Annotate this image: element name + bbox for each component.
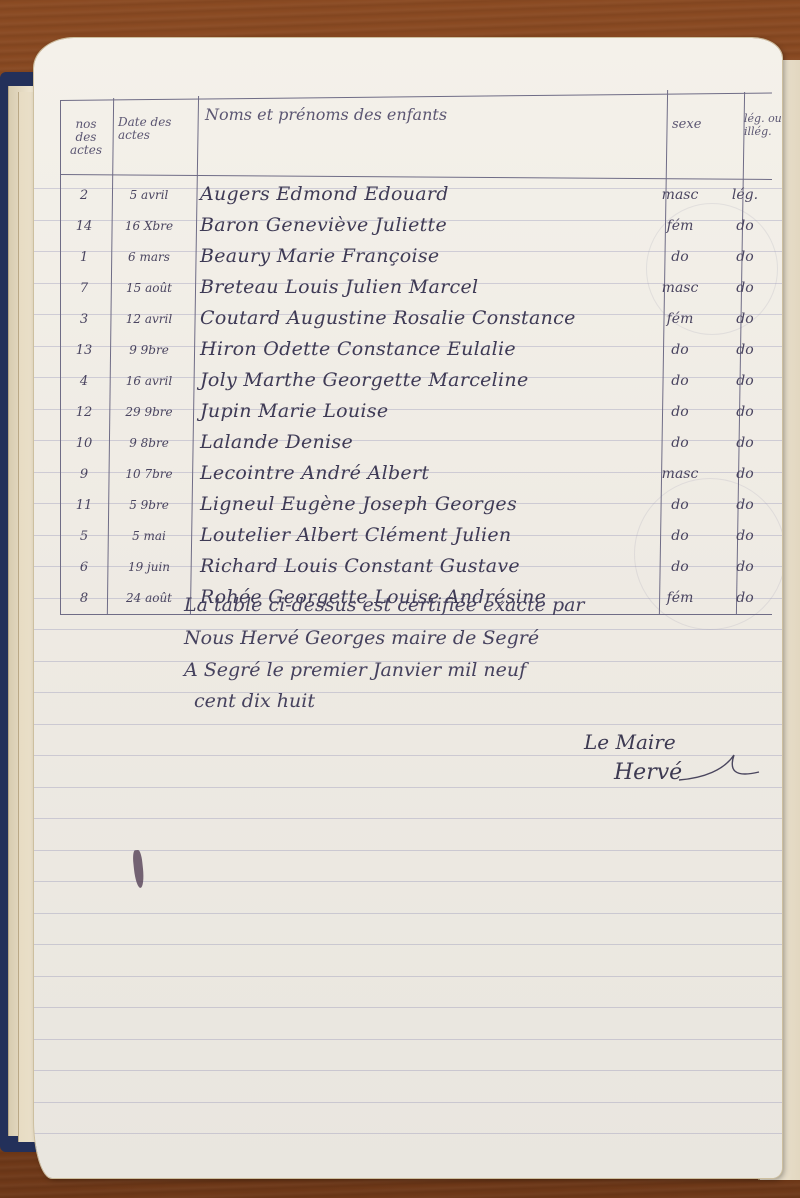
header-num: nos des actes xyxy=(66,118,106,157)
record-number: 7 xyxy=(64,281,104,296)
table-row: 715 aoûtBreteau Louis Julien Marcelmascd… xyxy=(60,275,772,306)
table-row: 139 9breHiron Odette Constance Eulaliedo… xyxy=(60,337,772,368)
child-sex: do xyxy=(645,342,715,358)
record-date: 16 Xbre xyxy=(110,219,188,233)
record-number: 14 xyxy=(64,219,104,234)
record-number: 9 xyxy=(64,467,104,482)
ruled-line xyxy=(34,1007,782,1008)
child-sex: masc xyxy=(645,466,715,482)
signature-title: Le Maire xyxy=(584,730,676,754)
certification-line-3: A Segré le premier Janvier mil neuf xyxy=(184,659,526,681)
legitimacy: do xyxy=(720,404,770,420)
record-date: 5 9bre xyxy=(110,498,188,512)
table-row: 25 avrilAugers Edmond Edouardmasclég. xyxy=(60,182,772,213)
certification-line-2: Nous Hervé Georges maire de Segré xyxy=(184,627,539,649)
record-number: 2 xyxy=(64,188,104,203)
certification-line-1: La table ci-dessus est certifiée exacte … xyxy=(184,594,585,616)
legitimacy: do xyxy=(720,559,770,575)
ruled-line xyxy=(34,913,782,914)
record-date: 29 9bre xyxy=(110,405,188,419)
ruled-line xyxy=(34,976,782,977)
table-row: 16 marsBeaury Marie Françoisedodo xyxy=(60,244,772,275)
record-number: 6 xyxy=(64,560,104,575)
child-name: Lecointre André Albert xyxy=(200,462,429,484)
child-sex: do xyxy=(645,497,715,513)
table-row: 1229 9breJupin Marie Louisedodo xyxy=(60,399,772,430)
child-sex: fém xyxy=(645,218,715,234)
child-name: Hiron Odette Constance Eulalie xyxy=(200,338,516,360)
ruled-line xyxy=(34,1102,782,1103)
record-number: 8 xyxy=(64,591,104,606)
legitimacy: do xyxy=(720,280,770,296)
ruled-line xyxy=(34,850,782,851)
header-date: Date des actes xyxy=(118,116,188,142)
record-date: 5 mai xyxy=(110,529,188,543)
ruled-line xyxy=(34,1039,782,1040)
record-date: 9 8bre xyxy=(110,436,188,450)
child-sex: do xyxy=(645,373,715,389)
record-number: 13 xyxy=(64,343,104,358)
record-date: 24 août xyxy=(110,591,188,605)
table-row: 1416 XbreBaron Geneviève Juliettefémdo xyxy=(60,213,772,244)
child-name: Jupin Marie Louise xyxy=(200,400,388,422)
header-sex: sexe xyxy=(672,118,701,131)
record-date: 12 avril xyxy=(110,312,188,326)
record-date: 16 avril xyxy=(110,374,188,388)
table-row: 115 9breLigneul Eugène Joseph Georgesdod… xyxy=(60,492,772,523)
record-date: 10 7bre xyxy=(110,467,188,481)
legitimacy: do xyxy=(720,590,770,606)
ruled-line xyxy=(34,944,782,945)
record-number: 4 xyxy=(64,374,104,389)
child-sex: do xyxy=(645,435,715,451)
signature-name: Hervé xyxy=(614,760,682,785)
ruled-line xyxy=(34,818,782,819)
certification-line-4: cent dix huit xyxy=(194,690,315,712)
record-date: 19 juin xyxy=(110,560,188,574)
legitimacy: lég. xyxy=(720,187,770,203)
record-date: 6 mars xyxy=(110,250,188,264)
header-legitimacy: lég. ou illég. xyxy=(744,112,782,138)
child-name: Coutard Augustine Rosalie Constance xyxy=(200,307,576,329)
table-row: 910 7breLecointre André Albertmascdo xyxy=(60,461,772,492)
legitimacy: do xyxy=(720,435,770,451)
record-date: 15 août xyxy=(110,281,188,295)
signature-flourish xyxy=(674,750,764,790)
legitimacy: do xyxy=(720,528,770,544)
ruled-line xyxy=(34,881,782,882)
child-sex: fém xyxy=(645,590,715,606)
birth-records-table: nos des actes Date des actes Noms et pré… xyxy=(60,78,772,616)
table-row: 109 8breLalande Denisedodo xyxy=(60,430,772,461)
ruled-line xyxy=(34,787,782,788)
table-top-border xyxy=(60,93,772,101)
child-name: Beaury Marie Françoise xyxy=(200,245,439,267)
legitimacy: do xyxy=(720,373,770,389)
legitimacy: do xyxy=(720,249,770,265)
ruled-line xyxy=(34,724,782,725)
table-row: 312 avrilCoutard Augustine Rosalie Const… xyxy=(60,306,772,337)
record-number: 5 xyxy=(64,529,104,544)
child-sex: masc xyxy=(645,187,715,203)
child-name: Richard Louis Constant Gustave xyxy=(200,555,520,577)
ink-blot xyxy=(132,850,145,889)
child-name: Breteau Louis Julien Marcel xyxy=(200,276,478,298)
ruled-line xyxy=(34,1070,782,1071)
record-date: 9 9bre xyxy=(110,343,188,357)
record-number: 10 xyxy=(64,436,104,451)
record-number: 1 xyxy=(64,250,104,265)
record-date: 5 avril xyxy=(110,188,188,202)
child-sex: do xyxy=(645,559,715,575)
child-name: Lalande Denise xyxy=(200,431,353,453)
child-name: Loutelier Albert Clément Julien xyxy=(200,524,511,546)
record-number: 3 xyxy=(64,312,104,327)
register-page: nos des actes Date des actes Noms et pré… xyxy=(34,38,782,1178)
record-number: 11 xyxy=(64,498,104,513)
table-row: 55 maiLoutelier Albert Clément Juliendod… xyxy=(60,523,772,554)
table-row: 416 avrilJoly Marthe Georgette Marceline… xyxy=(60,368,772,399)
legitimacy: do xyxy=(720,218,770,234)
child-name: Baron Geneviève Juliette xyxy=(200,214,447,236)
ruled-line xyxy=(34,1133,782,1134)
record-number: 12 xyxy=(64,405,104,420)
child-name: Ligneul Eugène Joseph Georges xyxy=(200,493,517,515)
child-sex: masc xyxy=(645,280,715,296)
ruled-line xyxy=(34,755,782,756)
child-sex: do xyxy=(645,404,715,420)
legitimacy: do xyxy=(720,342,770,358)
legitimacy: do xyxy=(720,466,770,482)
child-sex: fém xyxy=(645,311,715,327)
header-names: Noms et prénoms des enfants xyxy=(205,108,447,121)
child-sex: do xyxy=(645,249,715,265)
child-sex: do xyxy=(645,528,715,544)
child-name: Joly Marthe Georgette Marceline xyxy=(200,369,529,391)
child-name: Augers Edmond Edouard xyxy=(200,183,449,205)
legitimacy: do xyxy=(720,497,770,513)
ruled-line xyxy=(34,692,782,693)
table-row: 619 juinRichard Louis Constant Gustavedo… xyxy=(60,554,772,585)
legitimacy: do xyxy=(720,311,770,327)
